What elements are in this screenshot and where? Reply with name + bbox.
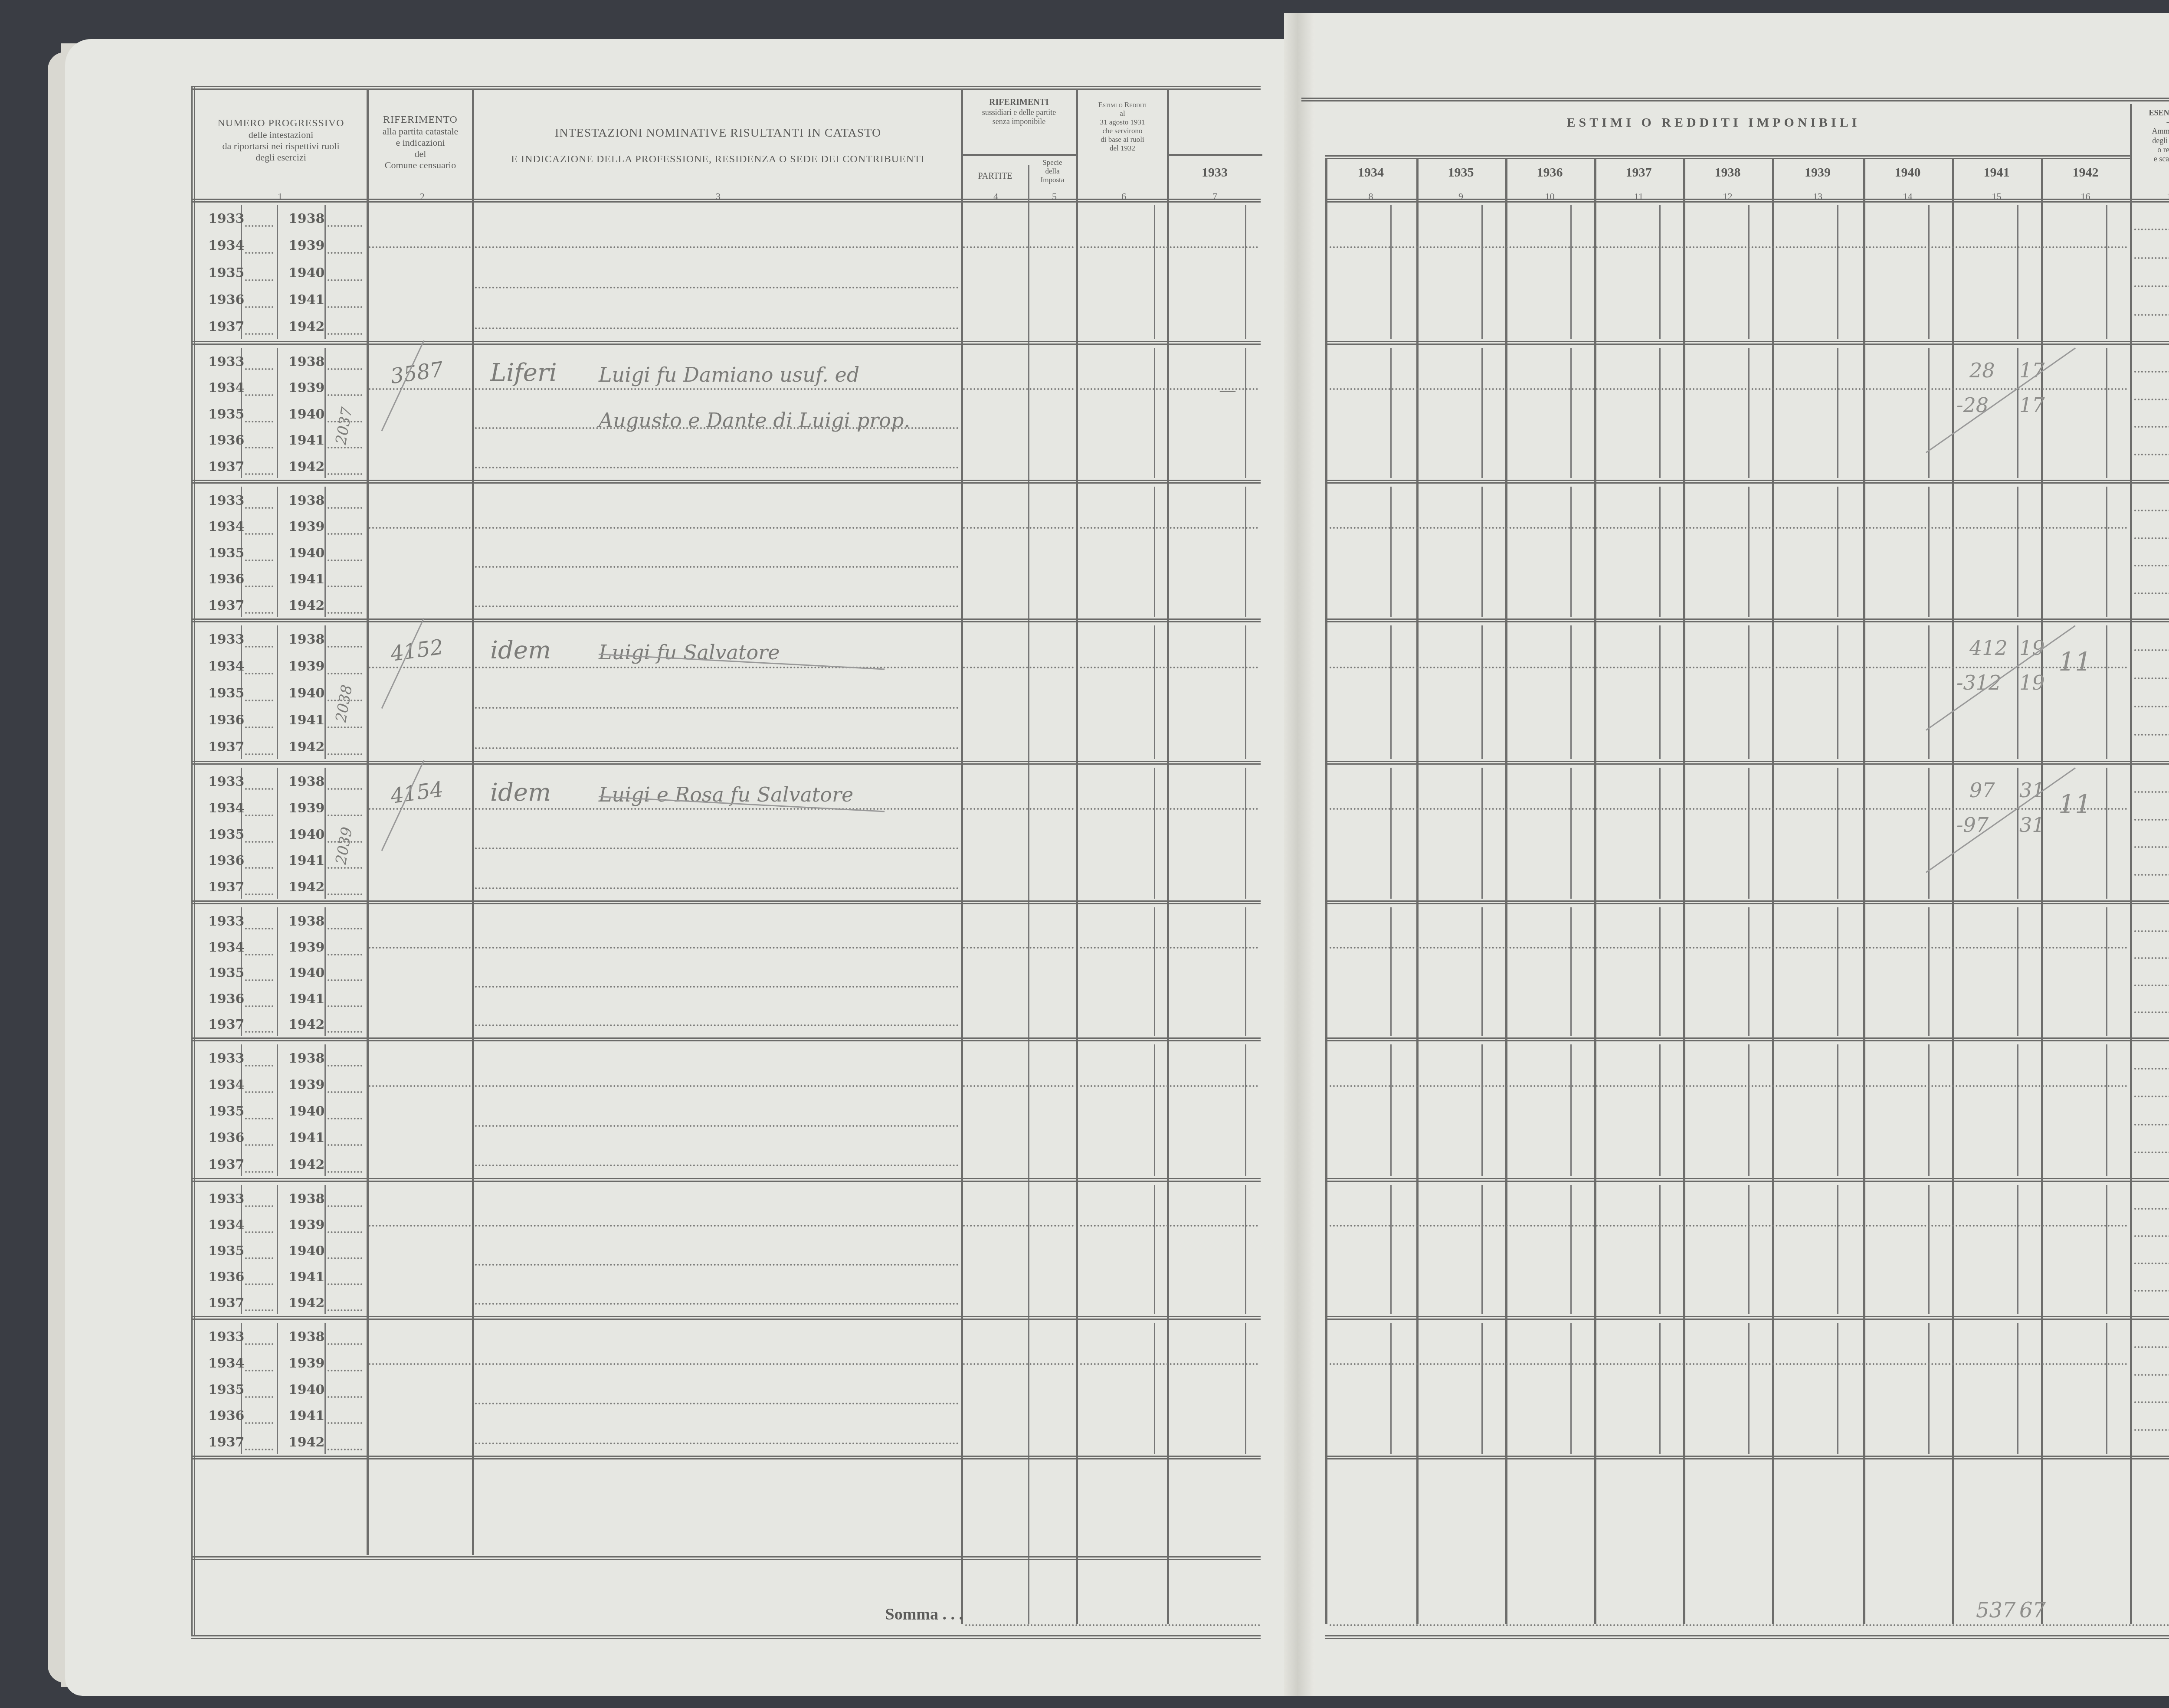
year-label: 1936	[208, 713, 245, 728]
year-label: 1941	[288, 433, 325, 448]
estimo-1941-deduction-cents: 17	[2019, 393, 2045, 417]
year-label: 1934	[208, 1356, 245, 1371]
year-label: 1941	[288, 292, 325, 308]
year-label: 1940	[288, 265, 325, 281]
year-label: 1942	[288, 459, 325, 474]
header-year-1938: 1938	[1683, 165, 1772, 180]
year-label: 1937	[208, 1157, 245, 1172]
header-year-1939: 1939	[1772, 165, 1863, 180]
year-label: 1936	[208, 433, 245, 448]
estimo-1941-deduction-cents: 31	[2019, 813, 2045, 837]
year-label: 1939	[288, 1077, 325, 1093]
year-label: 1934	[208, 1077, 245, 1093]
taxpayer-line-1: Luigi fu Damiano usuf. ed	[599, 363, 859, 386]
year-label: 1935	[208, 965, 245, 981]
year-label: 1938	[288, 493, 325, 508]
year-label: 1941	[288, 1408, 325, 1423]
year-label: 1940	[288, 827, 325, 842]
tick-mark: 11	[2058, 789, 2091, 820]
year-label: 1939	[288, 519, 325, 534]
year-label: 1941	[288, 853, 325, 868]
year-label: 1942	[288, 1017, 325, 1032]
year-label: 1940	[288, 686, 325, 701]
year-label: 1935	[208, 1243, 245, 1259]
year-label: 1933	[208, 774, 245, 789]
year-label: 1935	[208, 265, 245, 281]
year-label: 1938	[288, 914, 325, 929]
year-label: 1940	[288, 965, 325, 981]
book-gutter	[1284, 13, 1314, 1696]
year-label: 1935	[208, 407, 245, 422]
year-label: 1938	[288, 211, 325, 226]
year-label: 1936	[208, 572, 245, 587]
header-partite: PARTITE	[962, 171, 1028, 182]
year-label: 1939	[288, 380, 325, 396]
year-label: 1936	[208, 853, 245, 868]
header-specie-imposta: Specie della Imposta	[1029, 158, 1076, 184]
year-label: 1936	[208, 991, 245, 1007]
year-label: 1938	[288, 1051, 325, 1066]
year-label: 1941	[288, 991, 325, 1007]
header-estimi-1931: Estimi o Redditi al 31 agosto 1931 che s…	[1078, 101, 1167, 153]
year-label: 1941	[288, 572, 325, 587]
year-label: 1941	[288, 1130, 325, 1145]
year-label: 1942	[288, 1296, 325, 1311]
year-label: 1940	[288, 546, 325, 561]
year-label: 1933	[208, 354, 245, 370]
year-label: 1937	[208, 1435, 245, 1450]
year-label: 1933	[208, 493, 245, 508]
tick-mark: 11	[2058, 647, 2091, 677]
header-year-1941: 1941	[1952, 165, 2041, 180]
year-label: 1941	[288, 1270, 325, 1285]
year-label: 1935	[208, 1104, 245, 1119]
taxpayer-surname: Liferi	[490, 359, 557, 387]
year-label: 1936	[208, 1130, 245, 1145]
year-label: 1939	[288, 1356, 325, 1371]
year-label: 1933	[208, 1051, 245, 1066]
estimo-1941-deduction: -97	[1956, 813, 1989, 837]
year-label: 1938	[288, 632, 325, 647]
right-page	[1297, 13, 2169, 1696]
estimo-1941-value: 412	[1969, 636, 2008, 660]
year-label: 1936	[208, 1408, 245, 1423]
year-label: 1935	[208, 1382, 245, 1397]
year-label: 1940	[288, 1104, 325, 1119]
year-label: 1936	[208, 1270, 245, 1285]
year-label: 1937	[208, 1296, 245, 1311]
header-riferimento: RIFERIMENTO alla partita catastale e ind…	[369, 114, 472, 171]
year-label: 1939	[288, 238, 325, 253]
year-label: 1937	[208, 880, 245, 895]
year-label: 1934	[208, 801, 245, 816]
header-year-1935: 1935	[1416, 165, 1505, 180]
year-label: 1935	[208, 546, 245, 561]
sum-1941-value: 537	[1976, 1598, 2016, 1623]
year-label: 1933	[208, 1329, 245, 1345]
year-label: 1933	[208, 211, 245, 226]
taxpayer-line-1: Luigi fu Salvatore	[599, 641, 780, 664]
year-label: 1934	[208, 940, 245, 955]
estimo-1941-deduction: -28	[1956, 393, 1989, 417]
year-label: 1933	[208, 632, 245, 647]
header-year-1940: 1940	[1863, 165, 1952, 180]
form-id-label: Mod. 111 - Imposte Dirette (Intercalare)…	[2147, 65, 2169, 75]
header-year-1936: 1936	[1505, 165, 1594, 180]
header-intestazioni: INTESTAZIONI NOMINATIVE RISULTANTI IN CA…	[475, 126, 961, 165]
estimi-title: ESTIMI O REDDITI IMPONIBILI	[1301, 115, 2126, 130]
year-label: 1942	[288, 880, 325, 895]
year-label: 1939	[288, 659, 325, 674]
estimo-1941-value: 28	[1969, 359, 1995, 382]
year-label: 1937	[208, 459, 245, 474]
taxpayer-surname: idem	[490, 636, 551, 664]
year-label: 1933	[208, 1191, 245, 1207]
year-label: 1939	[288, 940, 325, 955]
taxpayer-line-2: Augusto e Dante di Luigi prop.	[599, 409, 910, 432]
year-label: 1937	[208, 319, 245, 334]
year-label: 1934	[208, 659, 245, 674]
year-label: 1940	[288, 407, 325, 422]
year-label: 1933	[208, 914, 245, 929]
header-year-1942: 1942	[2041, 165, 2130, 180]
year-label: 1941	[288, 713, 325, 728]
year-label: 1939	[288, 1217, 325, 1233]
header-riferimenti-sussidiari: RIFERIMENTI sussidiari e delle partite s…	[962, 98, 1076, 126]
header-esenzioni: ESENZIONI — Ammontare degli estimi o red…	[2131, 108, 2169, 164]
header-numero-progressivo: NUMERO PROGRESSIVO delle intestazioni da…	[195, 117, 367, 163]
somma-label: Somma . . .	[781, 1605, 963, 1624]
year-label: 1942	[288, 1157, 325, 1172]
col6-mark: —	[1219, 380, 1236, 400]
header-year-1937: 1937	[1594, 165, 1683, 180]
taxpayer-surname: idem	[490, 779, 551, 807]
year-label: 1935	[208, 686, 245, 701]
header-year-1934: 1934	[1325, 165, 1416, 180]
year-label: 1934	[208, 238, 245, 253]
year-label: 1934	[208, 1217, 245, 1233]
year-label: 1934	[208, 380, 245, 396]
year-label: 1938	[288, 1329, 325, 1345]
year-label: 1937	[208, 739, 245, 755]
header-year-1933: 1933	[1169, 165, 1260, 180]
year-label: 1937	[208, 1017, 245, 1032]
year-label: 1936	[208, 292, 245, 308]
year-label: 1942	[288, 598, 325, 613]
year-label: 1937	[208, 598, 245, 613]
year-label: 1938	[288, 1191, 325, 1207]
sum-1941-cents: 67	[2019, 1598, 2046, 1623]
year-label: 1942	[288, 1435, 325, 1450]
year-label: 1934	[208, 519, 245, 534]
estimo-1941-value: 97	[1969, 779, 1995, 802]
year-label: 1939	[288, 801, 325, 816]
year-label: 1940	[288, 1382, 325, 1397]
estimo-1941-deduction-cents: 19	[2019, 671, 2045, 694]
year-label: 1938	[288, 774, 325, 789]
year-label: 1938	[288, 354, 325, 370]
year-label: 1935	[208, 827, 245, 842]
year-label: 1942	[288, 739, 325, 755]
year-label: 1940	[288, 1243, 325, 1259]
year-label: 1942	[288, 319, 325, 334]
